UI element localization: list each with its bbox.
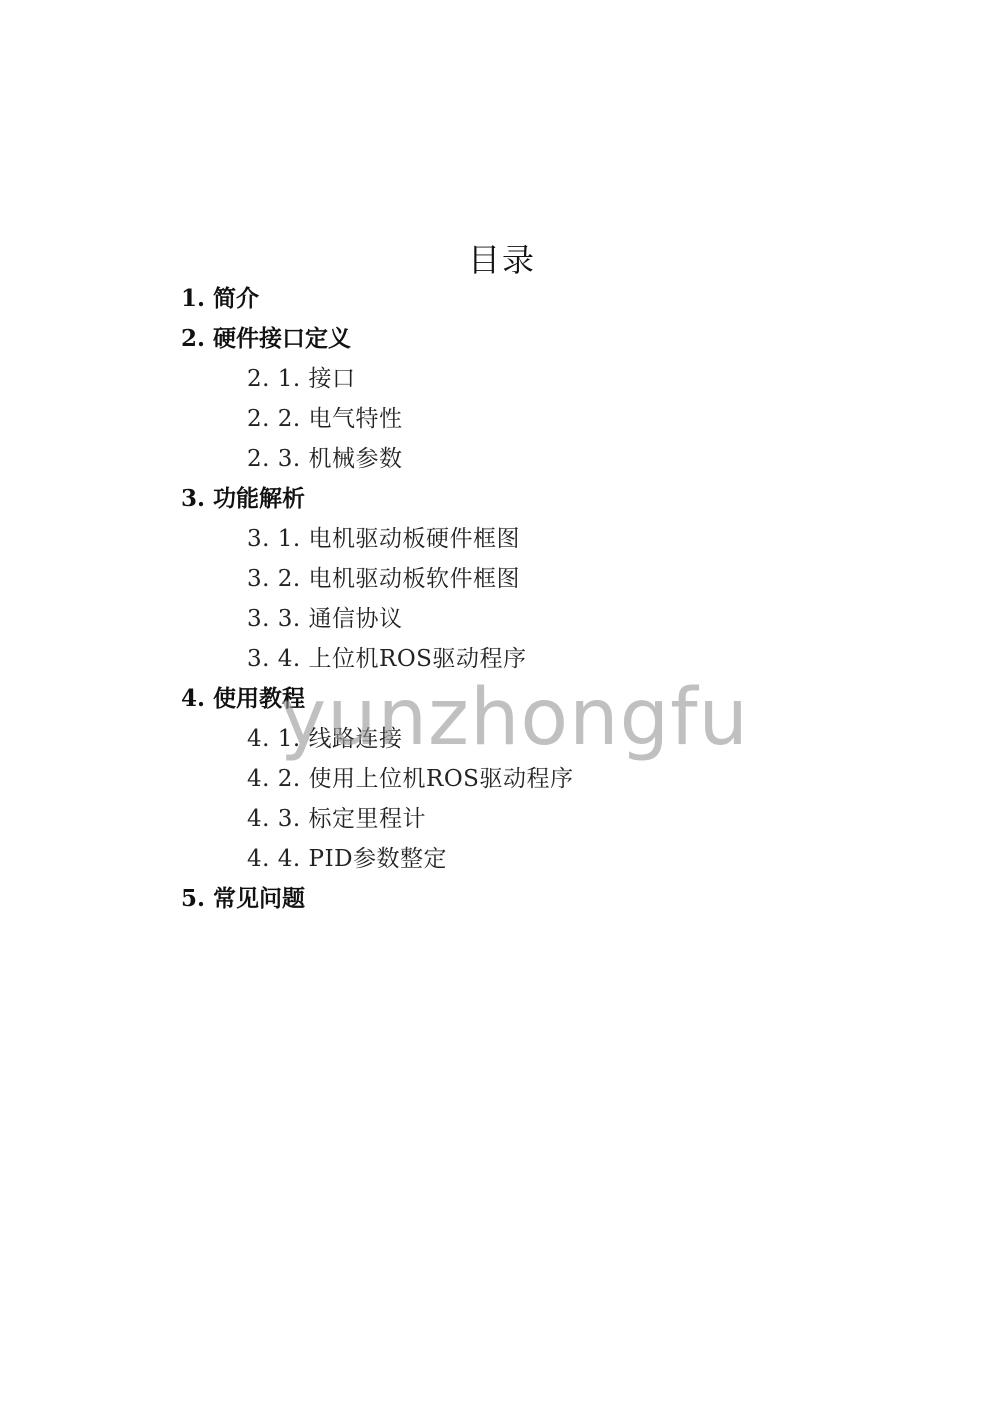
toc-item-4-4[interactable]: 4. 4. PID参数整定 [181, 839, 573, 879]
toc-item-3-4[interactable]: 3. 4. 上位机ROS驱动程序 [181, 639, 573, 679]
toc-item-3[interactable]: 3. 功能解析 [181, 479, 573, 519]
toc-item-1[interactable]: 1. 简介 [181, 279, 573, 319]
toc-item-4-3[interactable]: 4. 3. 标定里程计 [181, 799, 573, 839]
toc-item-4-1[interactable]: 4. 1. 线路连接 [181, 719, 573, 759]
toc-item-2-1[interactable]: 2. 1. 接口 [181, 359, 573, 399]
toc-title: 目录 [0, 236, 981, 284]
toc-item-2-3[interactable]: 2. 3. 机械参数 [181, 439, 573, 479]
toc-item-2[interactable]: 2. 硬件接口定义 [181, 319, 573, 359]
toc-item-3-2[interactable]: 3. 2. 电机驱动板软件框图 [181, 559, 573, 599]
toc-item-4-2[interactable]: 4. 2. 使用上位机ROS驱动程序 [181, 759, 573, 799]
toc-item-3-1[interactable]: 3. 1. 电机驱动板硬件框图 [181, 519, 573, 559]
toc-item-2-2[interactable]: 2. 2. 电气特性 [181, 399, 573, 439]
document-page: 目录 1. 简介 2. 硬件接口定义 2. 1. 接口 2. 2. 电气特性 2… [0, 0, 981, 1419]
table-of-contents: 1. 简介 2. 硬件接口定义 2. 1. 接口 2. 2. 电气特性 2. 3… [181, 279, 573, 919]
toc-item-5[interactable]: 5. 常见问题 [181, 879, 573, 919]
toc-item-4[interactable]: 4. 使用教程 [181, 679, 573, 719]
toc-item-3-3[interactable]: 3. 3. 通信协议 [181, 599, 573, 639]
